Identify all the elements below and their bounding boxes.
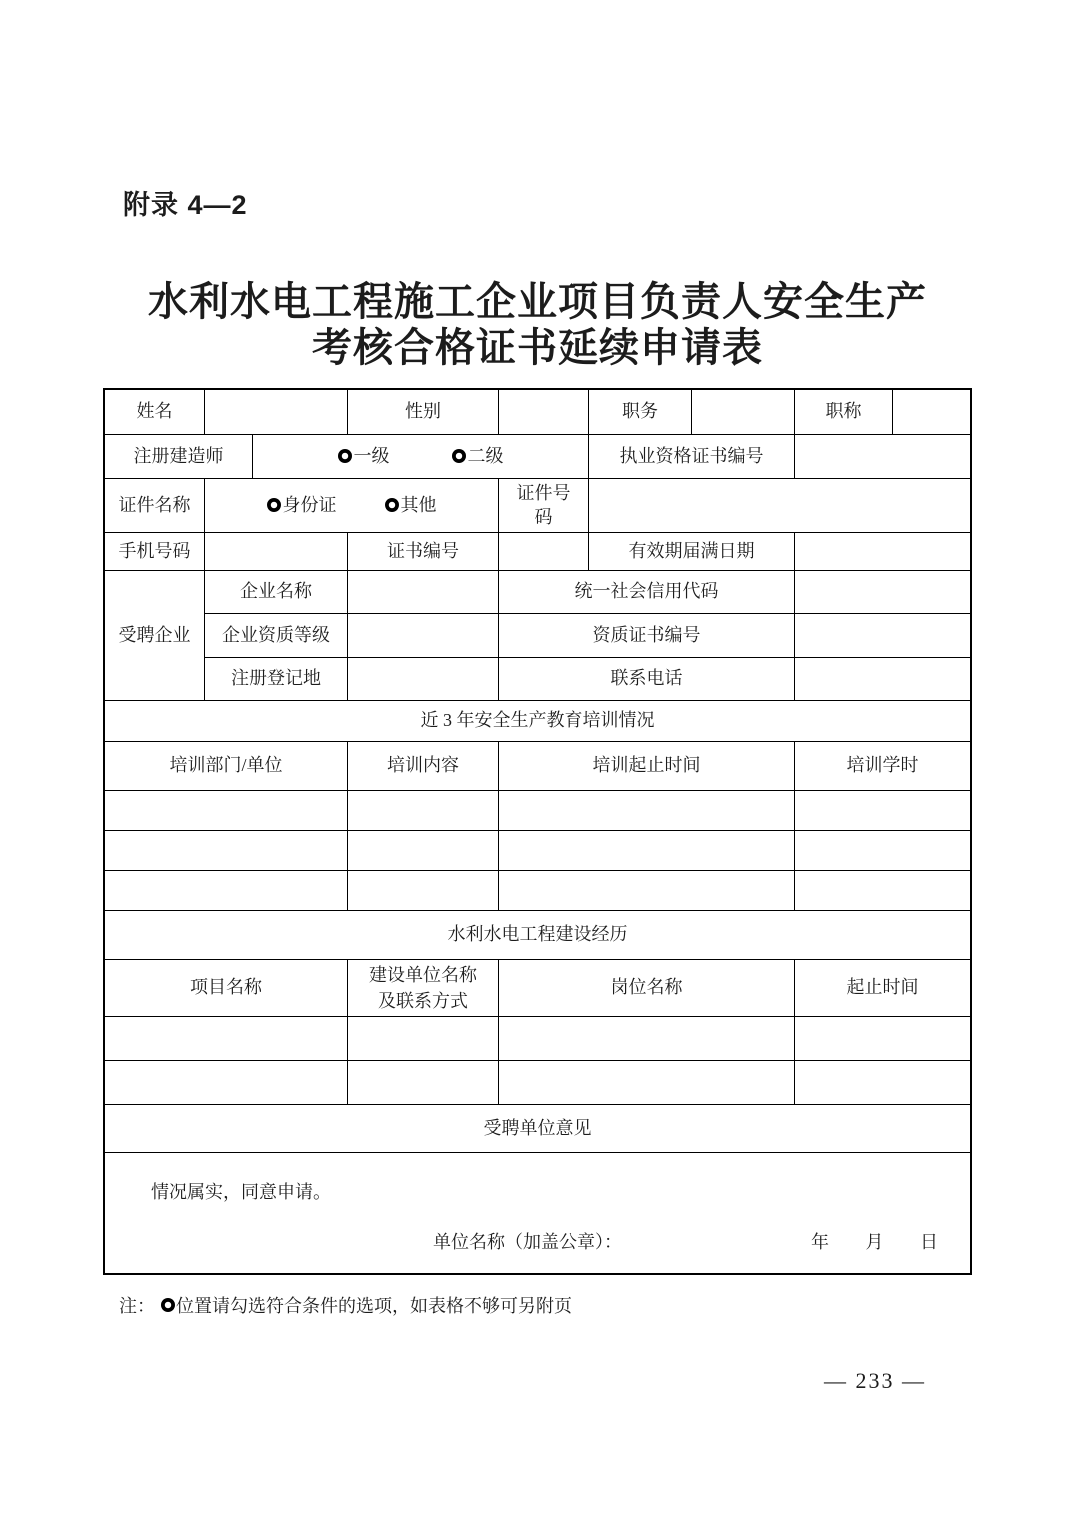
page-title-line1: 水利水电工程施工企业项目负责人安全生产	[0, 279, 1075, 325]
training-empty-cell	[795, 871, 970, 910]
expiry-label-cell: 有效期届满日期	[589, 533, 795, 570]
fisheye-bullet-icon	[385, 498, 399, 512]
contact-phone-label: 联系电话	[611, 667, 683, 690]
company-name-label-cell: 企业名称	[205, 571, 348, 613]
experience-header-row: 项目名称 建设单位名称及联系方式 岗位名称 起止时间	[105, 960, 970, 1017]
experience-section-title: 水利水电工程建设经历	[448, 923, 628, 946]
qualification-grade-value-cell	[348, 614, 499, 656]
training-section-title-row: 近 3 年安全生产教育培训情况	[105, 701, 970, 742]
professional-title-value-cell	[893, 390, 970, 434]
experience-header-period-cell: 起止时间	[795, 960, 970, 1016]
training-empty-cell	[499, 871, 795, 910]
cert-no-value-cell	[499, 533, 589, 570]
table-row: 姓名 性别 职务 职称	[105, 390, 970, 435]
builder-options-cell: 一级 二级	[253, 435, 589, 478]
employer-group-label: 受聘企业	[119, 624, 191, 647]
training-header-hours-cell: 培训学时	[795, 742, 970, 790]
training-empty-cell	[795, 831, 970, 870]
option-level-1: 一级	[338, 445, 390, 468]
employer-subrows: 企业名称 统一社会信用代码 企业资质等级 资质证书编号 注册登记地 联系电话	[205, 571, 970, 700]
training-empty-cell	[499, 831, 795, 870]
experience-empty-row	[105, 1017, 970, 1061]
position-label-cell: 职务	[589, 390, 692, 434]
experience-empty-cell	[795, 1017, 970, 1060]
registered-place-label-cell: 注册登记地	[205, 658, 348, 700]
training-empty-cell	[499, 791, 795, 830]
table-row: 企业资质等级 资质证书编号	[205, 614, 970, 657]
training-empty-cell	[348, 791, 499, 830]
credit-code-label: 统一社会信用代码	[575, 580, 719, 603]
position-label: 职务	[622, 400, 658, 423]
table-row: 证件名称 身份证 其他 证件号码	[105, 479, 970, 533]
license-no-label: 执业资格证书编号	[620, 445, 764, 468]
training-empty-row	[105, 871, 970, 911]
contact-phone-value-cell	[795, 658, 970, 700]
gender-label: 性别	[405, 400, 441, 423]
training-header-period: 培训起止时间	[593, 754, 701, 777]
opinion-section-title-row: 受聘单位意见	[105, 1105, 970, 1153]
table-row: 注册建造师 一级 二级 执业资格证书编号	[105, 435, 970, 479]
training-empty-row	[105, 791, 970, 831]
qualification-grade-label-cell: 企业资质等级	[205, 614, 348, 656]
professional-title-label-cell: 职称	[795, 390, 893, 434]
option-other: 其他	[385, 494, 437, 517]
option-other-label: 其他	[401, 494, 437, 517]
qualification-cert-value-cell	[795, 614, 970, 656]
experience-empty-row	[105, 1061, 970, 1105]
training-header-period-cell: 培训起止时间	[499, 742, 795, 790]
id-type-options-cell: 身份证 其他	[205, 479, 499, 532]
experience-empty-cell	[499, 1017, 795, 1060]
experience-section-title-cell: 水利水电工程建设经历	[105, 911, 970, 959]
experience-section-title-row: 水利水电工程建设经历	[105, 911, 970, 960]
option-level-2-label: 二级	[468, 445, 504, 468]
company-name-value-cell	[348, 571, 499, 613]
footnote-text: 位置请勾选符合条件的选项，如表格不够可另附页	[176, 1292, 572, 1318]
gender-value-cell	[499, 390, 589, 434]
qualification-grade-label: 企业资质等级	[222, 624, 330, 647]
training-empty-row	[105, 831, 970, 871]
page-number: — 233 —	[824, 1368, 926, 1394]
training-header-dept: 培训部门/单位	[169, 754, 282, 777]
application-form-table: 姓名 性别 职务 职称 注册建造师 一级 二级 执业资格证书编号	[103, 388, 972, 1275]
expiry-value-cell	[795, 533, 970, 570]
mobile-label: 手机号码	[119, 540, 191, 563]
mobile-value-cell	[205, 533, 348, 570]
fisheye-bullet-icon	[338, 449, 352, 463]
training-empty-cell	[348, 831, 499, 870]
mobile-label-cell: 手机号码	[105, 533, 205, 570]
opinion-seal-label: 单位名称（加盖公章）：	[433, 1231, 622, 1254]
experience-header-owner: 建设单位名称及联系方式	[365, 962, 480, 1014]
gender-label-cell: 性别	[348, 390, 499, 434]
fisheye-bullet-icon	[452, 449, 466, 463]
credit-code-label-cell: 统一社会信用代码	[499, 571, 795, 613]
training-header-content: 培训内容	[387, 754, 459, 777]
company-name-label: 企业名称	[240, 580, 312, 603]
option-id-card: 身份证	[267, 494, 337, 517]
training-section-title-cell: 近 3 年安全生产教育培训情况	[105, 701, 970, 741]
registered-place-value-cell	[348, 658, 499, 700]
credit-code-value-cell	[795, 571, 970, 613]
opinion-statement: 情况属实，同意申请。	[151, 1181, 331, 1204]
id-type-label: 证件名称	[119, 494, 191, 517]
training-empty-cell	[105, 791, 348, 830]
training-header-hours: 培训学时	[847, 754, 919, 777]
training-header-content-cell: 培训内容	[348, 742, 499, 790]
option-level-2: 二级	[452, 445, 504, 468]
name-value-cell	[205, 390, 348, 434]
opinion-section-title: 受聘单位意见	[484, 1117, 592, 1140]
training-header-row: 培训部门/单位 培训内容 培训起止时间 培训学时	[105, 742, 970, 791]
footnote: 注： 位置请勾选符合条件的选项，如表格不够可另附页	[119, 1292, 572, 1318]
experience-header-post-cell: 岗位名称	[499, 960, 795, 1016]
training-empty-cell	[105, 831, 348, 870]
employer-group-row: 受聘企业 企业名称 统一社会信用代码 企业资质等级 资质证书编号 注册登记地 联…	[105, 571, 970, 701]
name-label: 姓名	[137, 400, 173, 423]
training-header-dept-cell: 培训部门/单位	[105, 742, 348, 790]
license-no-value-cell	[795, 435, 970, 478]
experience-header-project-cell: 项目名称	[105, 960, 348, 1016]
opinion-section-title-cell: 受聘单位意见	[105, 1105, 970, 1152]
id-number-value-cell	[589, 479, 970, 532]
experience-header-period: 起止时间	[847, 976, 919, 999]
id-number-label-cell: 证件号码	[499, 479, 589, 532]
footnote-prefix: 注：	[119, 1292, 155, 1318]
table-row: 手机号码 证书编号 有效期届满日期	[105, 533, 970, 571]
training-section-title: 近 3 年安全生产教育培训情况	[421, 709, 655, 732]
registered-place-label: 注册登记地	[231, 667, 321, 690]
page-title-line2: 考核合格证书延续申请表	[0, 325, 1075, 371]
fisheye-bullet-icon	[267, 498, 281, 512]
page-title: 水利水电工程施工企业项目负责人安全生产 考核合格证书延续申请表	[0, 279, 1075, 371]
cert-no-label: 证书编号	[387, 540, 459, 563]
experience-header-owner-cell: 建设单位名称及联系方式	[348, 960, 499, 1016]
fisheye-bullet-icon	[161, 1298, 175, 1312]
cert-no-label-cell: 证书编号	[348, 533, 499, 570]
table-row: 注册登记地 联系电话	[205, 658, 970, 700]
name-label-cell: 姓名	[105, 390, 205, 434]
experience-empty-cell	[105, 1017, 348, 1060]
table-row: 企业名称 统一社会信用代码	[205, 571, 970, 614]
qualification-cert-label: 资质证书编号	[593, 624, 701, 647]
training-empty-cell	[348, 871, 499, 910]
expiry-label: 有效期届满日期	[629, 540, 755, 563]
professional-title-label: 职称	[826, 400, 862, 423]
opinion-content-cell: 情况属实，同意申请。 单位名称（加盖公章）： 年 月 日	[105, 1153, 970, 1273]
training-empty-cell	[795, 791, 970, 830]
experience-empty-cell	[795, 1061, 970, 1104]
experience-empty-cell	[105, 1061, 348, 1104]
experience-header-project: 项目名称	[190, 976, 262, 999]
position-value-cell	[692, 390, 795, 434]
option-id-card-label: 身份证	[283, 494, 337, 517]
opinion-content-row: 情况属实，同意申请。 单位名称（加盖公章）： 年 月 日	[105, 1153, 970, 1273]
appendix-label: 附录 4—2	[123, 183, 248, 222]
option-level-1-label: 一级	[354, 445, 390, 468]
experience-empty-cell	[348, 1061, 499, 1104]
builder-label: 注册建造师	[134, 445, 224, 468]
id-number-label: 证件号码	[514, 482, 573, 529]
experience-empty-cell	[499, 1061, 795, 1104]
contact-phone-label-cell: 联系电话	[499, 658, 795, 700]
training-empty-cell	[105, 871, 348, 910]
experience-empty-cell	[348, 1017, 499, 1060]
experience-header-post: 岗位名称	[611, 976, 683, 999]
qualification-cert-label-cell: 资质证书编号	[499, 614, 795, 656]
license-no-label-cell: 执业资格证书编号	[589, 435, 795, 478]
employer-group-label-cell: 受聘企业	[105, 571, 205, 700]
builder-label-cell: 注册建造师	[105, 435, 253, 478]
opinion-date-label: 年 月 日	[811, 1231, 938, 1254]
id-type-label-cell: 证件名称	[105, 479, 205, 532]
